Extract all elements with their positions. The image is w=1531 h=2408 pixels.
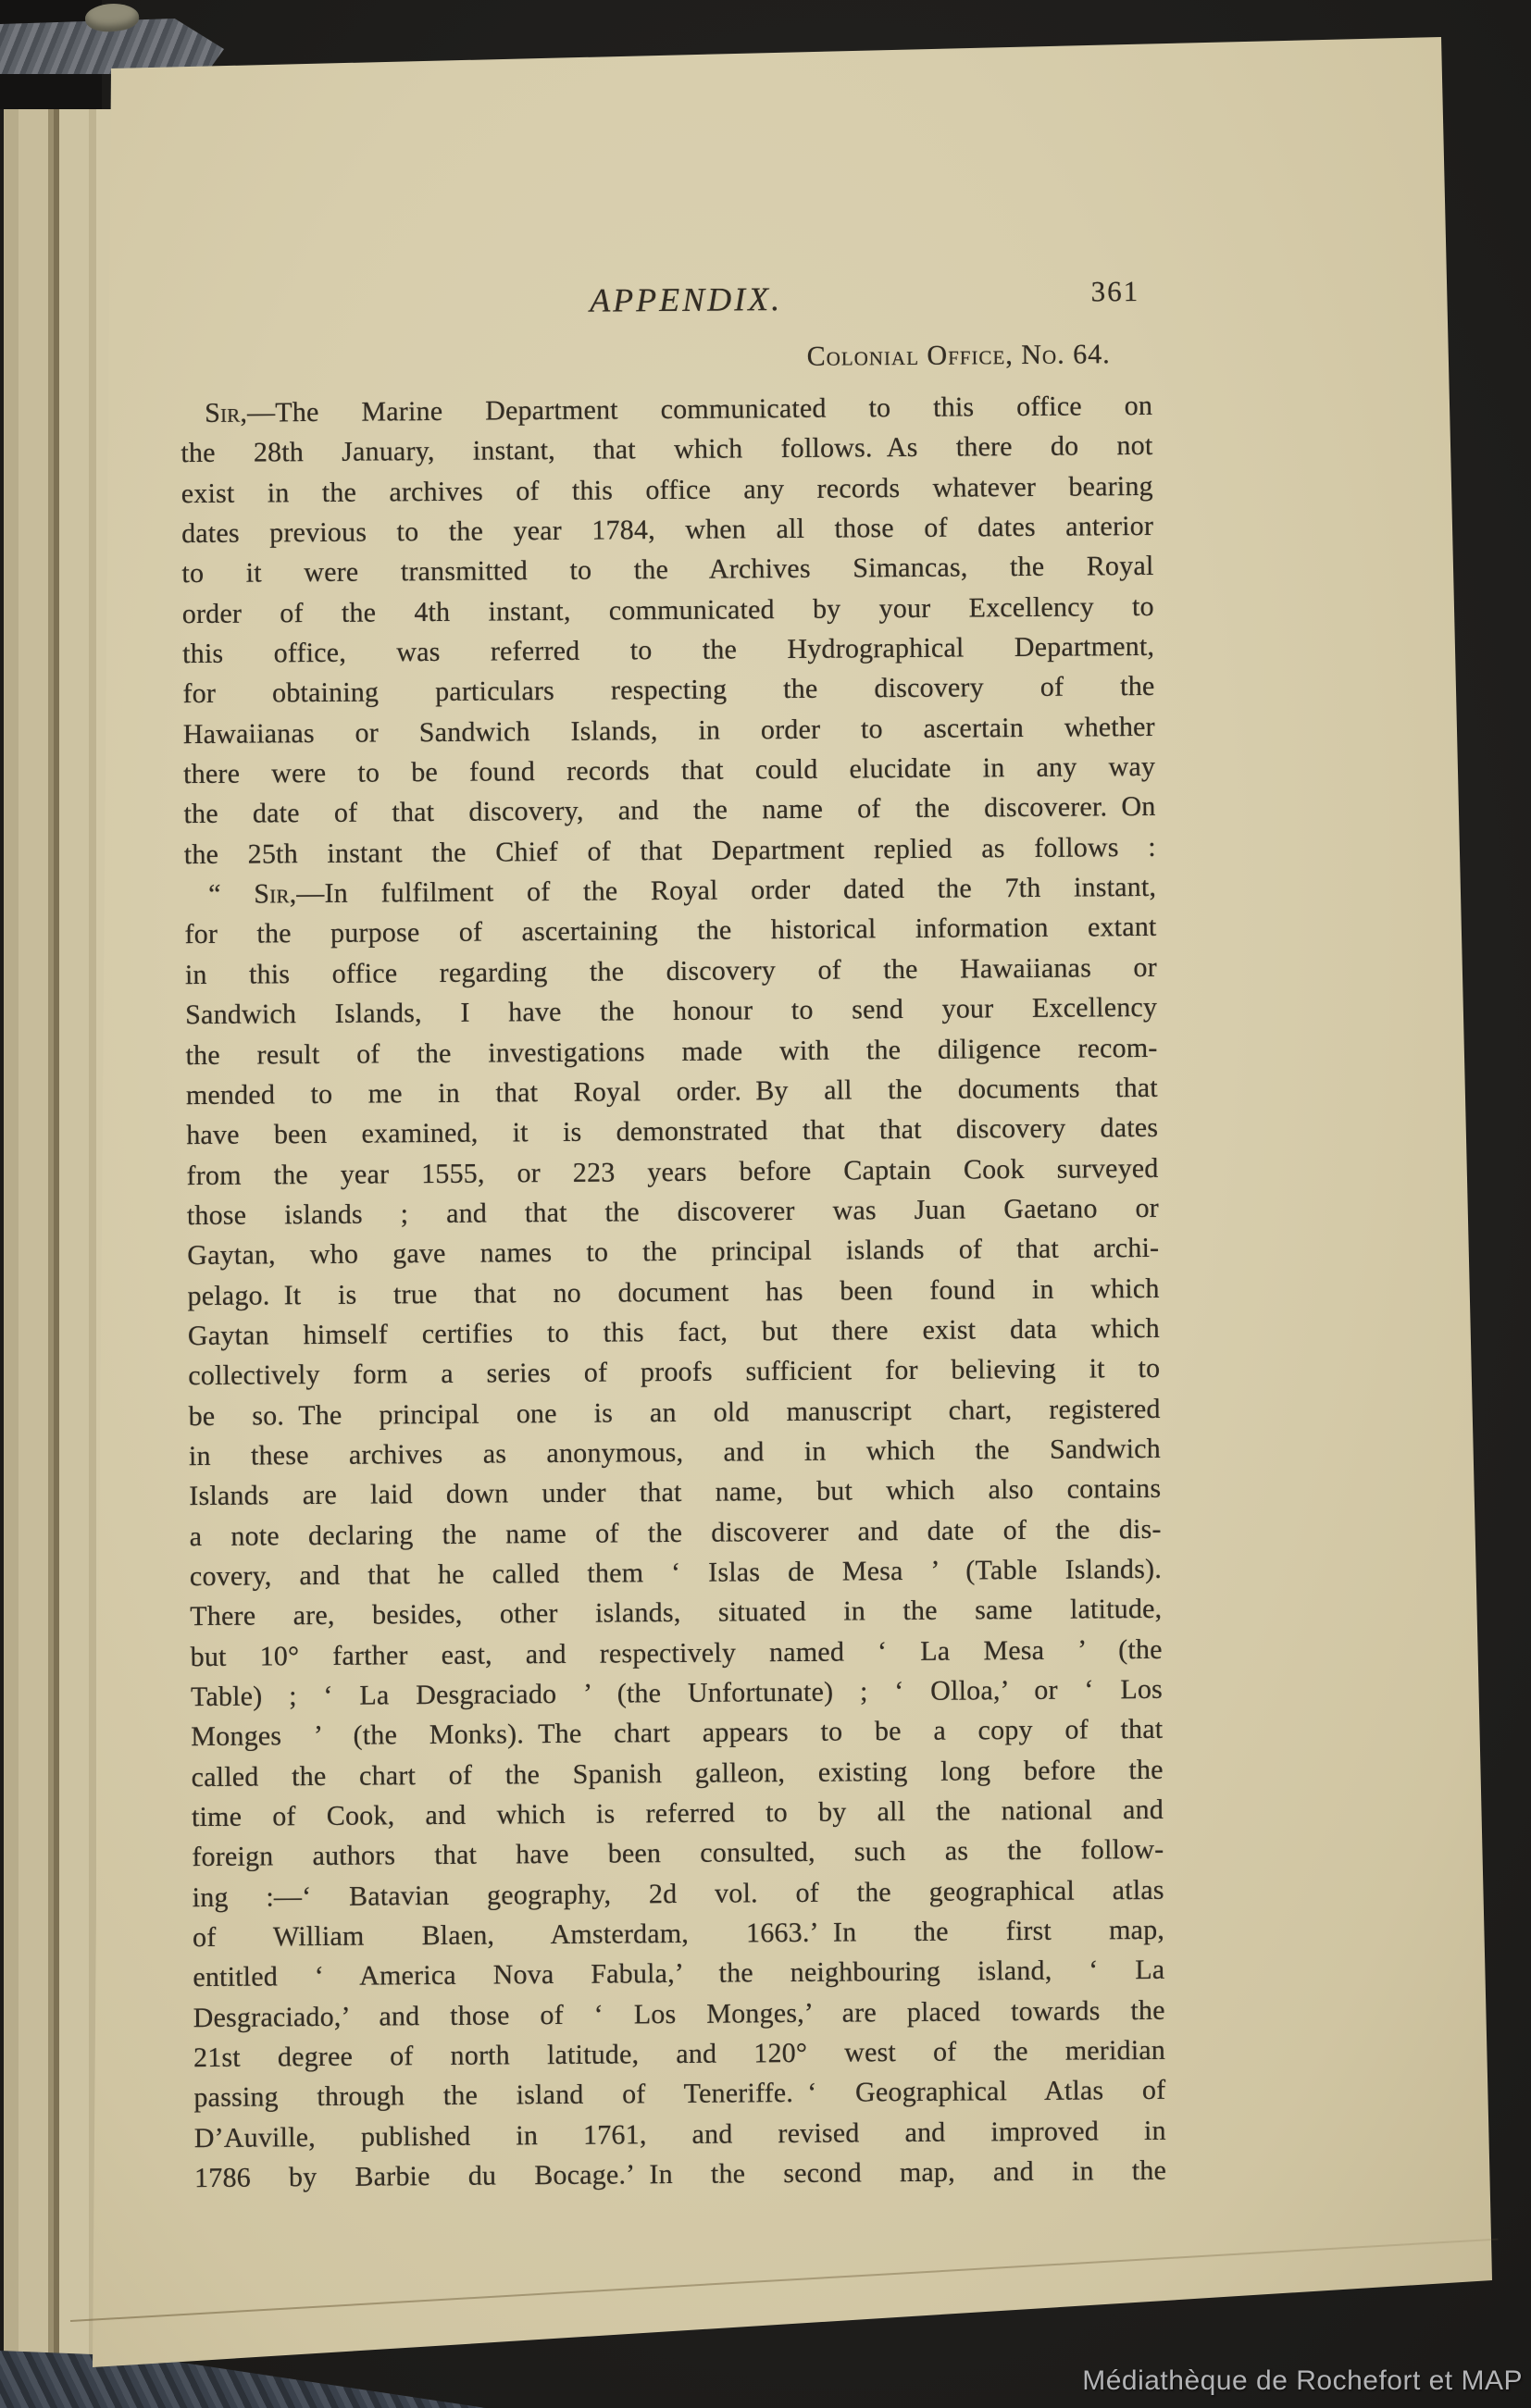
text-line: There are, besides, other islands, situa… <box>190 1589 1162 1637</box>
page-number: 361 <box>1090 275 1139 308</box>
scan-root: { "header": { "running_head": "APPENDIX.… <box>0 0 1531 2408</box>
text-line: have been examined, it is demonstrated t… <box>186 1108 1158 1156</box>
text-line: Monges ’ (the Monks). The chart appears … <box>191 1709 1163 1757</box>
text-line: the 28th January, instant, that which fo… <box>180 426 1152 474</box>
text-line: Gaytan, who gave names to the principal … <box>187 1228 1159 1276</box>
text-line: collectively form a series of proofs suf… <box>188 1348 1160 1396</box>
paragraph: “ Sir,—In fulfilment of the Royal order … <box>184 867 1166 2199</box>
office-heading: Colonial Office, No. 64. <box>180 339 1152 378</box>
archive-watermark: Médiathèque de Rochefort et MAP <box>1082 2365 1523 2397</box>
body-text: Sir,—The Marine Department communicated … <box>180 386 1166 2199</box>
text-line: 1786 by Barbie du Bocage.’ In the second… <box>194 2151 1166 2199</box>
small-caps-word: Sir <box>254 878 290 909</box>
paragraph: Sir,—The Marine Department communicated … <box>180 386 1156 875</box>
running-head: APPENDIX. <box>200 277 1172 323</box>
text-line: Sandwich Islands, I have the honour to s… <box>185 987 1157 1036</box>
page-content: APPENDIX. 361 Colonial Office, No. 64. S… <box>178 0 1168 2408</box>
text-line: Islands are laid down under that name, b… <box>189 1469 1161 1517</box>
small-caps-word: Sir <box>205 398 241 428</box>
